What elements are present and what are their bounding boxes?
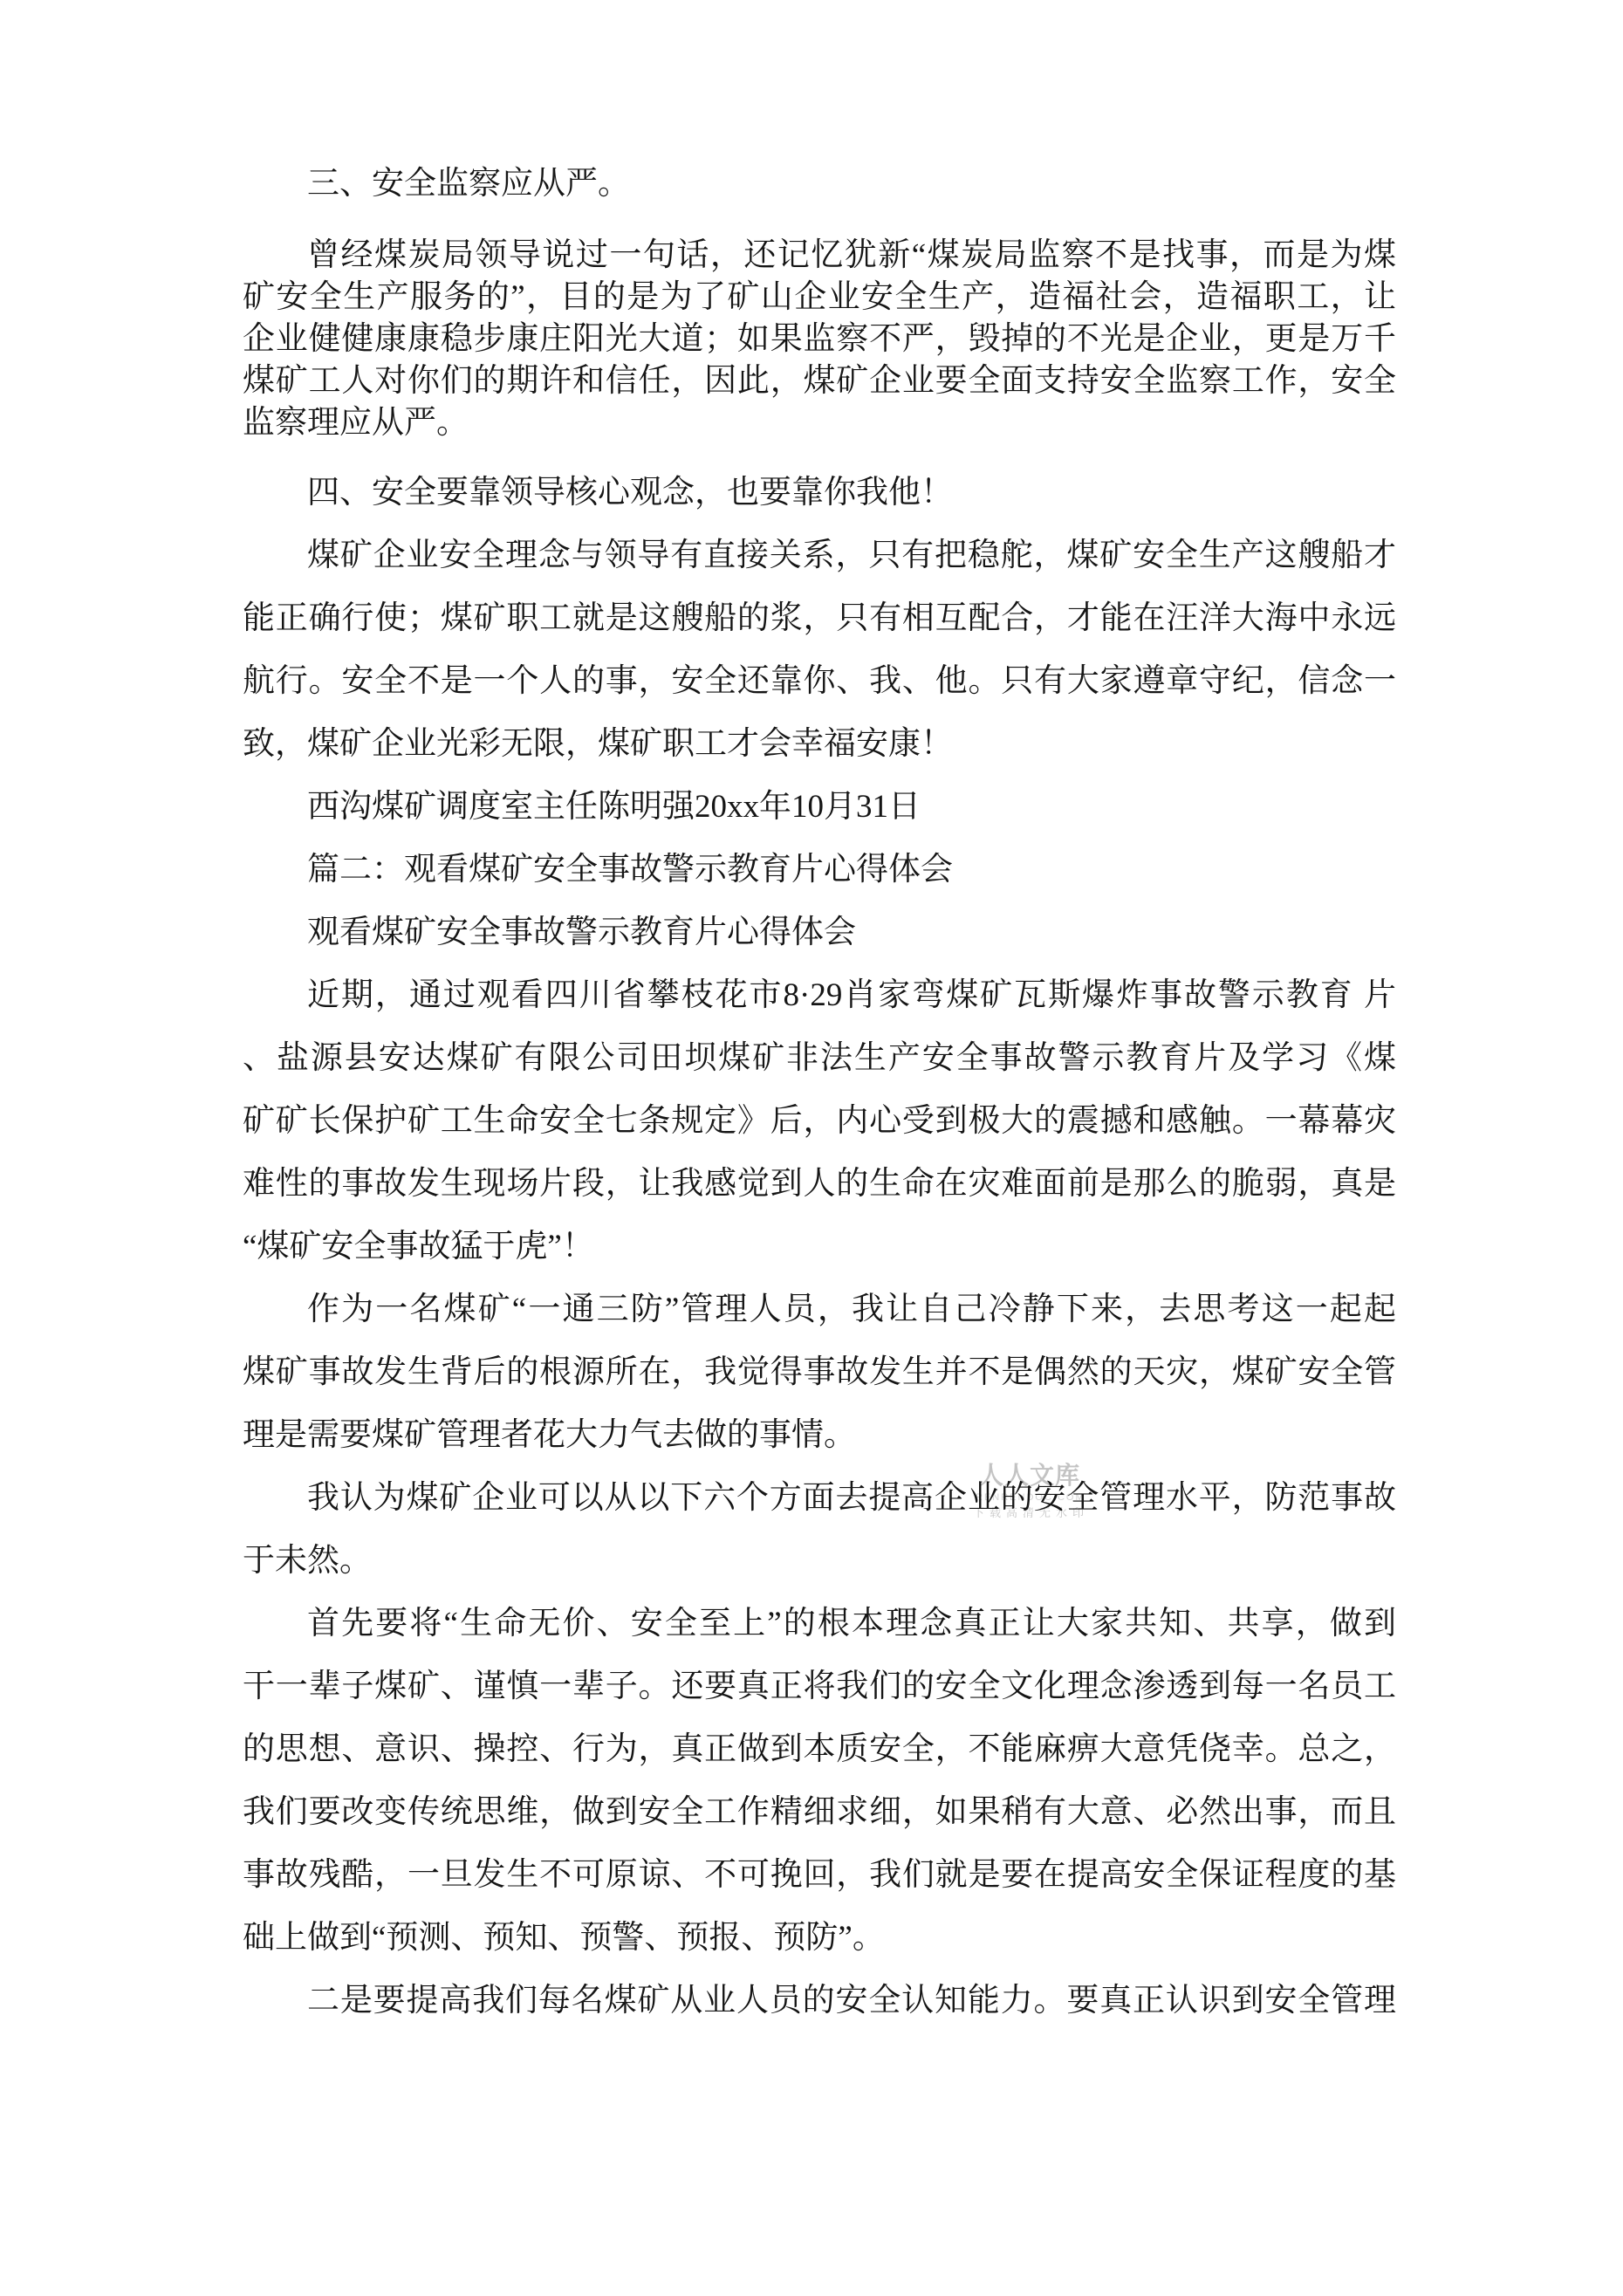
paragraph-leadership: 煤矿企业安全理念与领导有直接关系，只有把稳舵，煤矿安全生产这艘船才能正确行使；煤…	[243, 524, 1396, 776]
text-line: 致，煤矿企业光彩无限，煤矿职工才会幸福安康！	[243, 713, 1396, 776]
text-line: 篇二：观看煤矿安全事故警示教育片心得体会	[243, 839, 1396, 901]
heading-section-4: 四、安全要靠领导核心观念，也要靠你我他！	[243, 462, 1396, 524]
paragraph-reflection: 作为一名煤矿“一通三防”管理人员，我让自己冷静下来，去思考这一起起煤矿事故发生背…	[243, 1278, 1396, 1467]
document-page: 人人文库 RENRENDOC.COM 下载高清无水印 三、安全监察应从严。曾经煤…	[0, 0, 1623, 2296]
text-line: 作为一名煤矿“一通三防”管理人员，我让自己冷静下来，去思考这一起起	[243, 1278, 1396, 1341]
text-line: 三、安全监察应从严。	[243, 153, 1396, 216]
text-line: 我们要改变传统思维，做到安全工作精细求细，如果稍有大意、必然出事，而且	[243, 1781, 1396, 1844]
paragraph-recently-watched: 近期，通过观看四川省攀枝花市8·29肖家弯煤矿瓦斯爆炸事故警示教育 片、盐源县安…	[243, 964, 1396, 1278]
text-line: 、盐源县安达煤矿有限公司田坝煤矿非法生产安全事故警示教育片及学习《煤	[243, 1027, 1396, 1090]
text-line: 干一辈子煤矿、谨慎一辈子。还要真正将我们的安全文化理念渗透到每一名员工	[243, 1655, 1396, 1718]
paragraph-second-point: 二是要提高我们每名煤矿从业人员的安全认知能力。要真正认识到安全管理	[243, 1970, 1396, 2032]
text-line: 能正确行使；煤矿职工就是这艘船的浆，只有相互配合，才能在汪洋大海中永远	[243, 587, 1396, 650]
text-line: 事故残酷，一旦发生不可原谅、不可挽回，我们就是要在提高安全保证程度的基	[243, 1844, 1396, 1907]
paragraph-six-aspects: 我认为煤矿企业可以从以下六个方面去提高企业的安全管理水平，防范事故于未然。	[243, 1467, 1396, 1593]
text-line: 首先要将“生命无价、安全至上”的根本理念真正让大家共知、共享，做到	[243, 1593, 1396, 1655]
text-line: 我认为煤矿企业可以从以下六个方面去提高企业的安全管理水平，防范事故	[243, 1467, 1396, 1530]
paragraph-signature: 西沟煤矿调度室主任陈明强20xx年10月31日	[243, 776, 1396, 839]
text-line: 难性的事故发生现场片段，让我感觉到人的生命在灾难面前是那么的脆弱，真是	[243, 1153, 1396, 1216]
text-line: 理是需要煤矿管理者花大力气去做的事情。	[243, 1404, 1396, 1467]
text-line: 矿矿长保护矿工生命安全七条规定》后，内心受到极大的震撼和感触。一幕幕灾	[243, 1090, 1396, 1153]
text-line: 于未然。	[243, 1530, 1396, 1593]
text-line: 企业健健康康稳步康庄阳光大道；如果监察不严，毁掉的不光是企业，更是万千	[243, 319, 1396, 360]
text-line: 观看煤矿安全事故警示教育片心得体会	[243, 901, 1396, 964]
heading-section-3: 三、安全监察应从严。	[243, 153, 1396, 216]
text-line: “煤矿安全事故猛于虎”！	[243, 1216, 1396, 1278]
text-line: 的思想、意识、操控、行为，真正做到本质安全，不能麻痹大意凭侥幸。总之，	[243, 1718, 1396, 1781]
text-line: 航行。安全不是一个人的事，安全还靠你、我、他。只有大家遵章守纪，信念一	[243, 650, 1396, 713]
text-line: 二是要提高我们每名煤矿从业人员的安全认知能力。要真正认识到安全管理	[243, 1970, 1396, 2032]
heading-part-2: 篇二：观看煤矿安全事故警示教育片心得体会	[243, 839, 1396, 901]
text-line: 监察理应从严。	[243, 402, 1396, 444]
text-line: 四、安全要靠领导核心观念，也要靠你我他！	[243, 462, 1396, 524]
heading-essay-title: 观看煤矿安全事故警示教育片心得体会	[243, 901, 1396, 964]
text-line: 曾经煤炭局领导说过一句话，还记忆犹新“煤炭局监察不是找事，而是为煤	[243, 235, 1396, 277]
paragraph-first-point: 首先要将“生命无价、安全至上”的根本理念真正让大家共知、共享，做到干一辈子煤矿、…	[243, 1593, 1396, 1970]
text-line: 煤矿企业安全理念与领导有直接关系，只有把稳舵，煤矿安全生产这艘船才	[243, 524, 1396, 587]
paragraph-supervision: 曾经煤炭局领导说过一句话，还记忆犹新“煤炭局监察不是找事，而是为煤矿安全生产服务…	[243, 235, 1396, 444]
text-line: 西沟煤矿调度室主任陈明强20xx年10月31日	[243, 776, 1396, 839]
document-body: 三、安全监察应从严。曾经煤炭局领导说过一句话，还记忆犹新“煤炭局监察不是找事，而…	[243, 0, 1396, 2032]
text-line: 煤矿工人对你们的期许和信任，因此，煤矿企业要全面支持安全监察工作，安全	[243, 360, 1396, 402]
text-line: 近期，通过观看四川省攀枝花市8·29肖家弯煤矿瓦斯爆炸事故警示教育 片	[243, 964, 1396, 1027]
text-line: 煤矿事故发生背后的根源所在，我觉得事故发生并不是偶然的天灾，煤矿安全管	[243, 1341, 1396, 1404]
text-line: 矿安全生产服务的”，目的是为了矿山企业安全生产，造福社会，造福职工，让	[243, 277, 1396, 319]
text-line: 础上做到“预测、预知、预警、预报、预防”。	[243, 1907, 1396, 1970]
